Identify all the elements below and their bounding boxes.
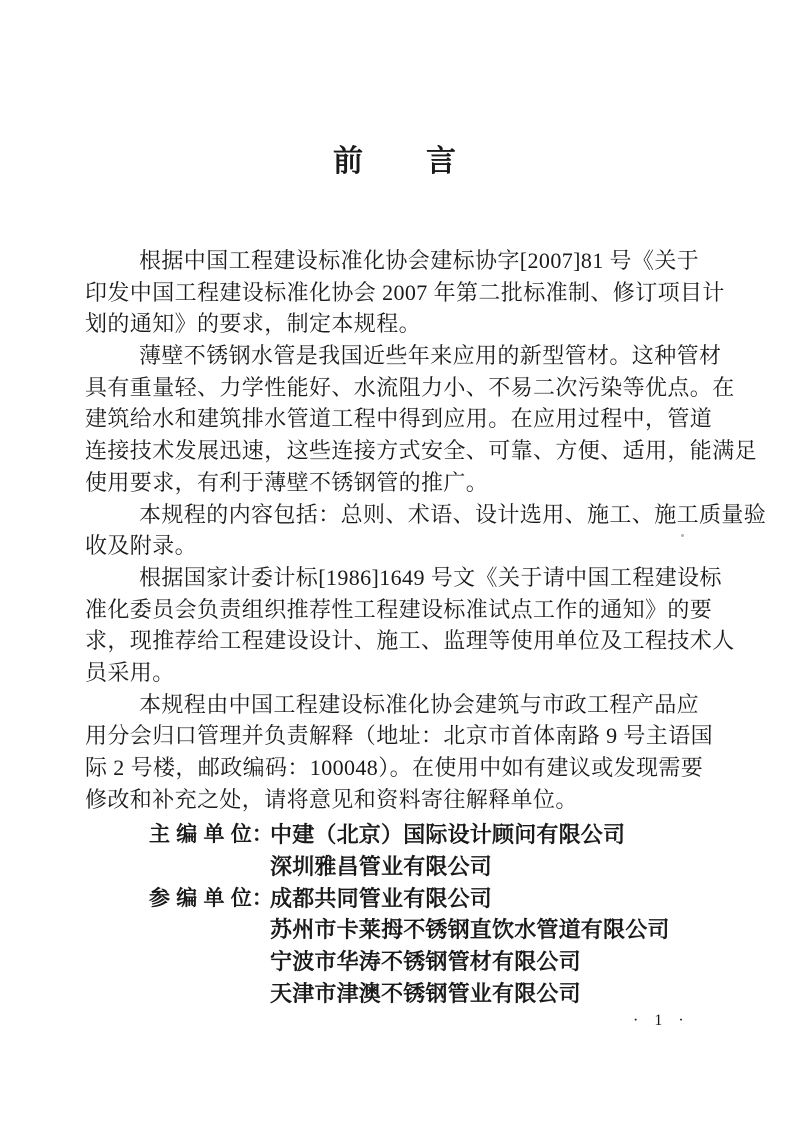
text-line: 收及附录。 bbox=[85, 530, 725, 562]
text-line: 连接技术发展迅速，这些连接方式安全、可靠、方便、适用，能满足 bbox=[85, 435, 725, 467]
participating-editor-row: 参 编 单 位： 成都共同管业有限公司 苏州市卡莱拇不锈钢直饮水管道有限公司 宁… bbox=[149, 883, 725, 1010]
text-line: 划的通知》的要求，制定本规程。 bbox=[85, 308, 725, 340]
document-page: 前 言 根据中国工程建设标准化协会建标协字[2007]81 号《关于 印发中国工… bbox=[0, 0, 800, 1142]
editor-unit: 中建（北京）国际设计顾问有限公司 bbox=[270, 819, 725, 851]
editor-unit: 成都共同管业有限公司 bbox=[270, 883, 725, 915]
text-line: 修改和补充之处，请将意见和资料寄往解释单位。 bbox=[85, 784, 725, 816]
paragraph: 本规程由中国工程建设标准化协会建筑与市政工程产品应 用分会归口管理并负责解释（地… bbox=[85, 689, 725, 816]
chief-editor-units: 中建（北京）国际设计顾问有限公司 深圳雅昌管业有限公司 bbox=[270, 819, 725, 882]
text-line: 准化委员会负责组织推荐性工程建设标准试点工作的通知》的要 bbox=[85, 594, 725, 626]
paragraph: 本规程的内容包括：总则、术语、设计选用、施工、施工质量验 收及附录。 bbox=[85, 499, 725, 562]
text-line: 本规程由中国工程建设标准化协会建筑与市政工程产品应 bbox=[85, 689, 725, 721]
editor-unit: 深圳雅昌管业有限公司 bbox=[270, 851, 725, 883]
text-line: 求，现推荐给工程建设设计、施工、监理等使用单位及工程技术人 bbox=[85, 625, 725, 657]
editor-unit: 宁波市华涛不锈钢管材有限公司 bbox=[270, 946, 725, 978]
text-line: 际 2 号楼，邮政编码：100048）。在使用中如有建议或发现需要 bbox=[85, 752, 725, 784]
text-line: 用分会归口管理并负责解释（地址：北京市首体南路 9 号主语国 bbox=[85, 720, 725, 752]
chief-editor-label: 主 编 单 位： bbox=[149, 819, 270, 882]
text-line: 薄壁不锈钢水管是我国近些年来应用的新型管材。这种管材 bbox=[85, 340, 725, 372]
participating-editor-units: 成都共同管业有限公司 苏州市卡莱拇不锈钢直饮水管道有限公司 宁波市华涛不锈钢管材… bbox=[270, 883, 725, 1010]
paragraph: 根据国家计委计标[1986]1649 号文《关于请中国工程建设标 准化委员会负责… bbox=[85, 562, 725, 689]
editor-unit: 苏州市卡莱拇不锈钢直饮水管道有限公司 bbox=[270, 914, 725, 946]
editors-section: 主 编 单 位： 中建（北京）国际设计顾问有限公司 深圳雅昌管业有限公司 参 编… bbox=[85, 819, 725, 1009]
text-line: 印发中国工程建设标准化协会 2007 年第二批标准制、修订项目计 bbox=[85, 277, 725, 309]
text-line: 本规程的内容包括：总则、术语、设计选用、施工、施工质量验 bbox=[85, 499, 725, 531]
page-title: 前 言 bbox=[0, 144, 790, 180]
text-line: 具有重量轻、力学性能好、水流阻力小、不易二次污染等优点。在 bbox=[85, 372, 725, 404]
text-line: 使用要求，有利于薄壁不锈钢管的推广。 bbox=[85, 467, 725, 499]
text-line: 根据中国工程建设标准化协会建标协字[2007]81 号《关于 bbox=[85, 245, 725, 277]
document-body: 根据中国工程建设标准化协会建标协字[2007]81 号《关于 印发中国工程建设标… bbox=[85, 245, 725, 1010]
page-number: · 1 · bbox=[633, 1011, 690, 1031]
editor-unit: 天津市津澳不锈钢管业有限公司 bbox=[270, 978, 725, 1010]
text-line: 员采用。 bbox=[85, 657, 725, 689]
text-line: 建筑给水和建筑排水管道工程中得到应用。在应用过程中，管道 bbox=[85, 403, 725, 435]
paragraph: 根据中国工程建设标准化协会建标协字[2007]81 号《关于 印发中国工程建设标… bbox=[85, 245, 725, 340]
paragraph: 薄壁不锈钢水管是我国近些年来应用的新型管材。这种管材 具有重量轻、力学性能好、水… bbox=[85, 340, 725, 498]
scan-artifact-dot bbox=[681, 534, 684, 537]
chief-editor-row: 主 编 单 位： 中建（北京）国际设计顾问有限公司 深圳雅昌管业有限公司 bbox=[149, 819, 725, 882]
participating-editor-label: 参 编 单 位： bbox=[149, 883, 270, 1010]
text-line: 根据国家计委计标[1986]1649 号文《关于请中国工程建设标 bbox=[85, 562, 725, 594]
